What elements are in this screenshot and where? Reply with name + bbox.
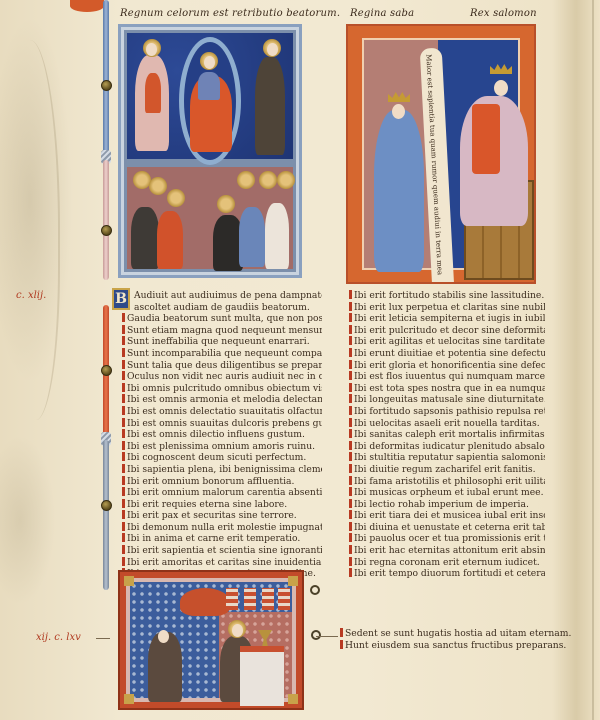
- left-column-heading: Regnum celorum est retributio beatorum.: [120, 8, 340, 19]
- miniature-kneeling-saints: [127, 167, 293, 269]
- text-line: Ibi est omnis delectatio suauitatis olfa…: [122, 406, 322, 418]
- caption-line: Hunt eiusdem sua sanctus fructibus prepa…: [340, 640, 571, 652]
- left-text-column: Audiuit aut audiuimus de pena dampnatoru…: [122, 290, 322, 580]
- text-line: Ibi erit omnium bonorum affluentia.: [122, 476, 322, 488]
- text-line: Gaudia beatorum sunt multa, que non poss…: [122, 313, 322, 325]
- text-line: Ibi est omnis dilectio influens gustum.: [122, 429, 322, 441]
- text-line: Ibi erit fortitudo stabilis sine lassitu…: [349, 290, 545, 302]
- text-line: Ibi erit sapientia et scientia sine igno…: [122, 545, 322, 557]
- text-line: Ibi est tota spes nostra que in ea numqu…: [349, 383, 545, 395]
- king-solomon-label: Rex salomon: [470, 8, 537, 19]
- text-line: Sunt ineffabilia que nequeunt enarrari.: [122, 336, 322, 348]
- miniature-caption: Sedent se sunt hugatis hostia ad uitam e…: [340, 628, 571, 652]
- text-line: Ibi est omnis suauitas dulcoris prebens …: [122, 418, 322, 430]
- border-boss: [101, 500, 112, 511]
- text-line: Ibi erit omnium malorum carentia absenti…: [122, 487, 322, 499]
- border-sprig: [311, 630, 321, 640]
- gutter-fold: [592, 0, 594, 720]
- text-line: Ibi deformitas iudicatur plenitudo absal…: [349, 441, 545, 453]
- text-line: Ibi cognoscent deum sicuti perfectum.: [122, 452, 322, 464]
- text-line: Ibi sapientia plena, ibi benignissima cl…: [122, 464, 322, 476]
- text-line: Ibi erit gloria et honorificentia sine d…: [349, 360, 545, 372]
- text-line: Ibi sanitas caleph erit mortalis infirmi…: [349, 429, 545, 441]
- text-line: Ibi diuina et uenustate et ceterna erit …: [349, 522, 545, 534]
- text-line: Ibi erit agilitas et uelocitas sine tard…: [349, 336, 545, 348]
- border-bar-grey: [103, 440, 109, 590]
- text-line: Ibi regna coronam erit eternum iudicet.: [349, 557, 545, 569]
- text-line: Ibi erit tiara dei et musicea iubal erit…: [349, 510, 545, 522]
- chapter-mark-lower: xij. c. lxv: [36, 632, 81, 643]
- halo-icon: [277, 171, 295, 189]
- text-line: Ibi erit requies eterna sine labore.: [122, 499, 322, 511]
- text-line: Ibi longeuitas matusale sine diuturnitat…: [349, 394, 545, 406]
- border-boss: [101, 225, 112, 236]
- border-sprig: [310, 585, 320, 595]
- text-line: Sunt talia que deus diligentibus se prep…: [122, 360, 322, 372]
- saint-figure: [255, 57, 285, 155]
- text-line: Ibi est flos iuuentus qui numquam marces…: [349, 371, 545, 383]
- text-line: Ibi est omnis armonia et melodia delecta…: [122, 394, 322, 406]
- text-line: Sunt etiam magna quod nequeunt mensurari…: [122, 325, 322, 337]
- text-line: Ibi erit pulcritudo et decor sine deform…: [349, 325, 545, 337]
- text-line: Ibi est plenissima omnium amoris ruinu.: [122, 441, 322, 453]
- text-line: Ibi demonum nulla erit molestie impugnat…: [122, 522, 322, 534]
- manuscript-page: Regnum celorum est retributio beatorum. …: [0, 0, 600, 720]
- decorative-flourish: [70, 0, 104, 12]
- halo-icon: [259, 171, 277, 189]
- halo-icon: [149, 177, 167, 195]
- text-line: Ibi omnis pulcritudo omnibus obiectum vi…: [122, 383, 322, 395]
- text-line: Ibi erit hac eternitas attonitum erit ab…: [349, 545, 545, 557]
- miniature-christ-enthroned: [127, 33, 293, 159]
- mandorla: [179, 37, 241, 165]
- miniature-friars-praying: [118, 570, 304, 710]
- text-line: Ibi erit tempo diuorum fortitudi et cete…: [349, 568, 545, 580]
- text-line: Ibi stultitia reputatur sapientia salomo…: [349, 452, 545, 464]
- border-boss: [101, 365, 112, 376]
- altar: [240, 646, 284, 706]
- text-line: Ibi erit lux perpetua et claritas sine n…: [349, 302, 545, 314]
- water-stain: [0, 40, 60, 420]
- caption-pointer: [316, 636, 338, 637]
- chapter-mark-upper: c. xlij.: [16, 290, 46, 301]
- text-line: Ibi pauolus ocer et tua promissionis eri…: [349, 533, 545, 545]
- text-line: Ibi erit pax et securitas sine terrore.: [122, 510, 322, 522]
- border-bar-pink: [103, 160, 109, 280]
- text-line: Ibi in anima et carne erit temperatio.: [122, 533, 322, 545]
- text-line: Ibi musicas orpheum et iubal erunt mee.: [349, 487, 545, 499]
- text-line: Ibi erit leticia sempiterna et iugis in …: [349, 313, 545, 325]
- text-line: Oculus non vidit nec auris audiuit nec i…: [122, 371, 322, 383]
- text-line: Ibi erit amoritas et caritas sine inuide…: [122, 557, 322, 569]
- queen-sheba-label: Regina saba: [350, 8, 414, 19]
- halo-icon: [167, 189, 185, 207]
- right-text-column: Ibi erit fortitudo stabilis sine lassitu…: [349, 290, 545, 580]
- caption-line: Sedent se sunt hugatis hostia ad uitam e…: [340, 628, 571, 640]
- halo-icon: [217, 195, 235, 213]
- miniature-sheba-solomon: Maior est sapientia tua quam rumor quem …: [346, 24, 536, 284]
- text-line: Ibi lectio rohab imperium de imperia.: [349, 499, 545, 511]
- halo-icon: [237, 171, 255, 189]
- miniature-kingdom-of-heaven: [118, 24, 302, 278]
- text-line: ascoltet audiam de gaudiis beatorum.: [122, 302, 322, 314]
- text-line: Ibi erunt diuitiae et potentia sine defe…: [349, 348, 545, 360]
- text-line: Ibi uelocitas asaeli erit nouella tardit…: [349, 418, 545, 430]
- text-line: Sunt incomparabilia que nequeunt compara…: [122, 348, 322, 360]
- text-line: Audiuit aut audiuimus de pena dampnatoru…: [122, 290, 322, 302]
- angel-figure: [180, 588, 230, 616]
- text-line: Ibi fama aristotilis et philosophi erit …: [349, 476, 545, 488]
- queen-of-sheba-figure: [374, 110, 424, 272]
- border-boss: [101, 80, 112, 91]
- text-line: Ibi fortitudo sapsonis pathisio repulsa …: [349, 406, 545, 418]
- text-line: Ibi diuitie regum zacharifel erit faniti…: [349, 464, 545, 476]
